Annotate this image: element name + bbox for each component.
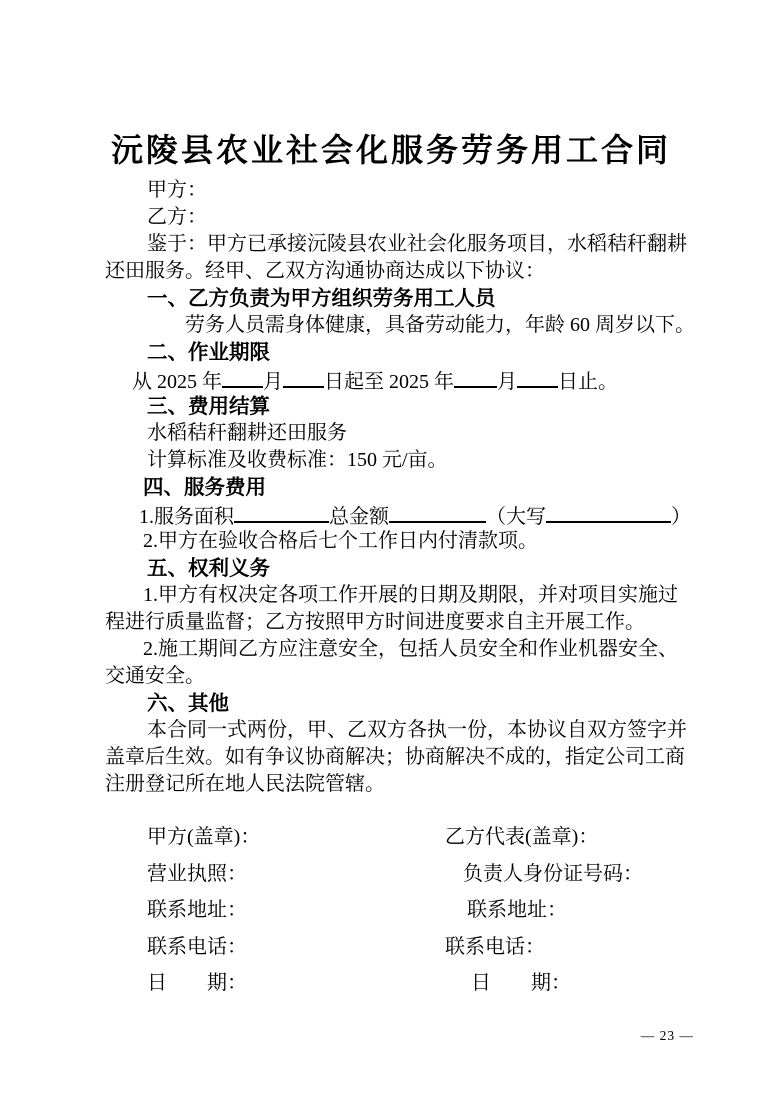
text-run: 水稻秸秆翻耕还田服务 (147, 422, 347, 444)
text-run: 六、其他 (147, 692, 229, 715)
signature-row: 甲方(盖章)：乙方代表(盖章)： (105, 819, 765, 856)
body-line: 劳务人员需身体健康，具备劳动能力，年龄 60 周岁以下。 (105, 312, 725, 339)
text-run: 劳务人员需身体健康，具备劳动能力，年龄 60 周岁以下。 (185, 314, 695, 336)
text-run: 二、作业期限 (147, 341, 270, 364)
document-title: 沅陵县农业社会化服务劳务用工合同 (0, 130, 782, 170)
party-b-field-label: 负责人身份证号码： (463, 856, 643, 893)
body-line: 鉴于：甲方已承接沅陵县农业社会化服务项目，水稻秸秆翻耕 (105, 231, 725, 258)
body-line: 本合同一式两份，甲、乙双方各执一份，本协议自双方签字并 (105, 717, 725, 744)
text-run: 总金额 (329, 506, 389, 528)
section-heading: 六、其他 (105, 690, 725, 717)
body-line: 计算标准及收费标准：150 元/亩。 (105, 447, 725, 474)
text-run: 日止。 (558, 371, 618, 393)
body-line: 注册登记所在地人民法院管辖。 (105, 771, 725, 798)
party-b-field-label: 乙方代表(盖章)： (445, 819, 598, 856)
text-run: 本合同一式两份，甲、乙双方各执一份，本协议自双方签字并 (147, 719, 687, 741)
party-a-field-label: 联系地址： (147, 892, 247, 929)
contract-page: { "page": { "background_color": "#ffffff… (0, 0, 782, 1104)
signature-block: 甲方(盖章)：乙方代表(盖章)：营业执照：负责人身份证号码：联系地址：联系地址：… (105, 819, 765, 1002)
text-run: 计算标准及收费标准：150 元/亩。 (147, 449, 448, 471)
blank-field-underline (234, 501, 329, 523)
blank-field-underline (517, 366, 558, 388)
body-line: 交通安全。 (105, 663, 725, 690)
text-run: 1.服务面积 (139, 506, 234, 528)
page-number: — 23 — (641, 1028, 694, 1044)
body-line: 1.服务面积总金额（大写） (105, 501, 725, 528)
body-line: 水稻秸秆翻耕还田服务 (105, 420, 725, 447)
section-heading: 三、费用结算 (105, 393, 725, 420)
party-b-field-label: 日 期： (471, 965, 571, 1002)
section-heading: 二、作业期限 (105, 339, 725, 366)
signature-row: 联系地址：联系地址： (105, 892, 765, 929)
text-run: 1.甲方有权决定各项工作开展的日期及期限，并对项目实施过 (143, 584, 678, 606)
body-line: 2.甲方在验收合格后七个工作日内付清款项。 (105, 528, 725, 555)
text-run: 月 (263, 371, 283, 393)
party-a-field-label: 甲方(盖章)： (147, 819, 260, 856)
text-run: 注册登记所在地人民法院管辖。 (105, 773, 385, 795)
body-line: 盖章后生效。如有争议协商解决；协商解决不成的，指定公司工商 (105, 744, 725, 771)
party-a-field-label: 营业执照： (147, 856, 247, 893)
text-run: ） (671, 506, 691, 528)
blank-field-underline (283, 366, 324, 388)
blank-field-underline (454, 366, 497, 388)
text-run: 交通安全。 (105, 665, 205, 687)
blank-field-underline (546, 501, 671, 523)
body-line: 还田服务。经甲、乙双方沟通协商达成以下协议： (105, 258, 725, 285)
section-heading: 五、权利义务 (105, 555, 725, 582)
party-a-field-label: 联系电话： (147, 929, 247, 966)
text-run: 鉴于：甲方已承接沅陵县农业社会化服务项目，水稻秸秆翻耕 (147, 233, 687, 255)
text-run: 还田服务。经甲、乙双方沟通协商达成以下协议： (105, 260, 545, 282)
text-run: 盖章后生效。如有争议协商解决；协商解决不成的，指定公司工商 (105, 746, 685, 768)
blank-field-underline (389, 501, 486, 523)
body-line: 2.施工期间乙方应注意安全，包括人员安全和作业机器安全、 (105, 636, 725, 663)
signature-row: 日 期：日 期： (105, 965, 765, 1002)
party-b-field-label: 联系电话： (445, 929, 545, 966)
text-run: 乙方： (147, 206, 207, 228)
text-run: 一、乙方负责为甲方组织劳务用工人员 (147, 287, 496, 310)
text-run: 三、费用结算 (147, 395, 270, 418)
signature-row: 联系电话：联系电话： (105, 929, 765, 966)
text-run: 2.甲方在验收合格后七个工作日内付清款项。 (143, 530, 538, 552)
document-body: 甲方：乙方：鉴于：甲方已承接沅陵县农业社会化服务项目，水稻秸秆翻耕还田服务。经甲… (105, 177, 725, 798)
section-heading: 四、服务费用 (105, 474, 725, 501)
party-b-field-label: 联系地址： (467, 892, 567, 929)
body-line: 从 2025 年月日起至 2025 年月日止。 (105, 366, 725, 393)
text-run: 五、权利义务 (147, 557, 270, 580)
body-line: 甲方： (105, 177, 725, 204)
text-run: 月 (497, 371, 517, 393)
text-run: （大写 (486, 506, 546, 528)
section-heading: 一、乙方负责为甲方组织劳务用工人员 (105, 285, 725, 312)
text-run: 从 2025 年 (132, 371, 222, 393)
text-run: 程进行质量监督；乙方按照甲方时间进度要求自主开展工作。 (105, 611, 645, 633)
signature-row: 营业执照：负责人身份证号码： (105, 856, 765, 893)
text-run: 甲方： (147, 179, 207, 201)
body-line: 程进行质量监督；乙方按照甲方时间进度要求自主开展工作。 (105, 609, 725, 636)
blank-field-underline (222, 366, 263, 388)
body-line: 1.甲方有权决定各项工作开展的日期及期限，并对项目实施过 (105, 582, 725, 609)
text-run: 2.施工期间乙方应注意安全，包括人员安全和作业机器安全、 (143, 638, 678, 660)
text-run: 日起至 2025 年 (324, 371, 454, 393)
text-run: 四、服务费用 (143, 476, 266, 499)
party-a-field-label: 日 期： (147, 965, 247, 1002)
body-line: 乙方： (105, 204, 725, 231)
